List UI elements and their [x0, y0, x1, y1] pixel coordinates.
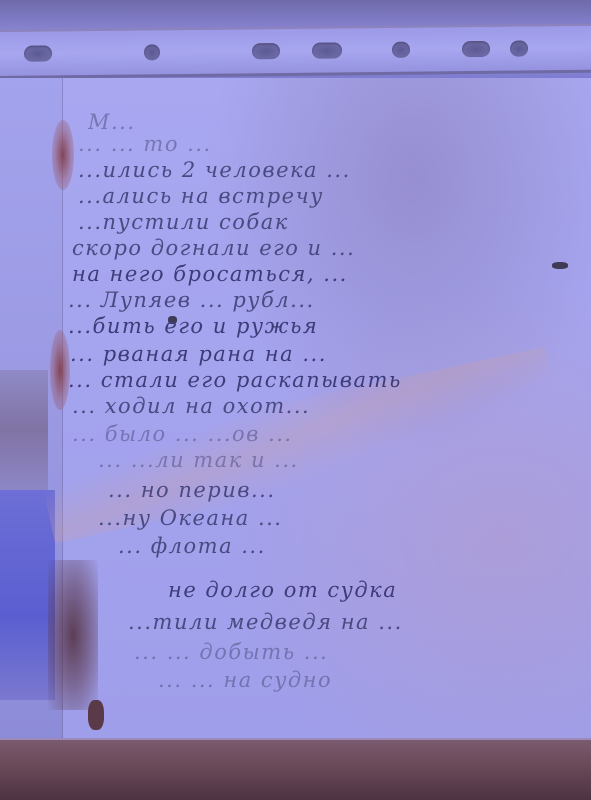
- text-line: ... ... добыть ...: [134, 640, 328, 664]
- binder-hole: [252, 43, 280, 59]
- text-line: ... но перив...: [108, 478, 276, 502]
- text-line: скоро догнали его и ...: [72, 236, 355, 260]
- text-line: ...тили медведя на ...: [128, 610, 403, 634]
- rust-stain: [52, 120, 74, 190]
- text-line: ... было ... ...ов ...: [72, 422, 293, 446]
- binder-hole: [462, 41, 490, 57]
- debris-speck: [552, 262, 568, 269]
- rust-stain: [50, 330, 70, 410]
- text-line: ... ... то ...: [78, 132, 212, 156]
- binder-hole: [24, 45, 52, 61]
- text-line: ... ходил на охот...: [72, 394, 310, 418]
- text-line: ... стали его раскапывать: [68, 368, 402, 392]
- debris-speck: [88, 700, 104, 730]
- binder-strip: [0, 24, 591, 79]
- text-line: не долго от судка: [168, 578, 397, 602]
- text-line: ... рваная рана на ...: [70, 342, 327, 366]
- binder-hole: [312, 42, 342, 58]
- text-line: ...пустили собак: [78, 210, 289, 234]
- text-line: ...ались на встречу: [78, 184, 324, 208]
- text-line: ... флота ...: [118, 534, 266, 558]
- text-line: ...ну Океана ...: [98, 506, 282, 530]
- text-line: ...бить его и ружья: [68, 314, 318, 338]
- binder-hole: [392, 42, 410, 58]
- text-line: М...: [88, 110, 136, 134]
- table-surface: [0, 738, 591, 800]
- sleeve-fold: [0, 490, 55, 700]
- text-line: ...ились 2 человека ...: [78, 158, 351, 182]
- text-line: ... ...ли так и ...: [98, 448, 299, 472]
- dirt-stain: [48, 560, 98, 710]
- text-line: на него бросаться, ...: [72, 262, 348, 286]
- binder-hole: [510, 40, 528, 56]
- text-line: ... ... на судно: [158, 668, 332, 692]
- text-line: ... Лупяев ... рубл...: [68, 288, 315, 312]
- binder-hole: [144, 44, 160, 60]
